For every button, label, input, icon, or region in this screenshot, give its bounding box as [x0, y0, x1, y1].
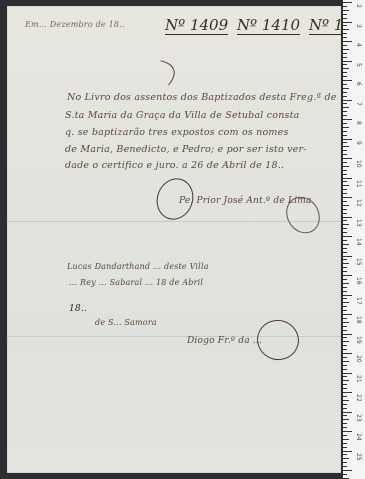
annotation-line: 18..	[69, 304, 87, 314]
ruler-tick	[343, 33, 347, 34]
ruler-tick	[343, 454, 347, 455]
manuscript-page: Em... Dezembro de 18.. Nº 1409 Nº 1410 N…	[7, 6, 341, 473]
ruler-label: 20	[355, 355, 362, 363]
ruler-label: 16	[355, 277, 362, 285]
ruler-tick	[343, 150, 347, 151]
ruler-tick	[343, 158, 352, 159]
ruler-tick	[343, 68, 349, 69]
ruler-tick	[343, 423, 347, 424]
reference-numbers: Nº 1409 Nº 1410 Nº 1411	[165, 16, 365, 34]
ruler-tick	[343, 341, 349, 342]
ruler-label: 8	[355, 121, 362, 125]
ruler-tick	[343, 2, 352, 3]
ruler-label: 14	[355, 238, 362, 246]
ruler-tick	[343, 197, 352, 198]
reference-number: Nº 1410	[237, 16, 300, 35]
annotation-line: ... Rey ... Sabaral ... 18 de Abril	[69, 278, 203, 287]
ruler-tick	[343, 240, 347, 241]
ruler-tick	[343, 357, 347, 358]
ruler-tick	[343, 72, 347, 73]
ruler-label: 24	[355, 433, 362, 441]
ruler-tick	[343, 162, 347, 163]
ruler-tick	[343, 220, 347, 221]
ruler-tick	[343, 408, 347, 409]
ruler-tick	[343, 22, 352, 23]
ruler-label: 6	[355, 82, 362, 86]
ruler-label: 21	[355, 375, 362, 383]
ruler-tick	[343, 189, 347, 190]
ruler-tick	[343, 412, 352, 413]
ruler-tick	[343, 178, 352, 179]
ruler-tick	[343, 427, 347, 428]
signature-flourish	[253, 315, 304, 365]
ruler-tick	[343, 139, 352, 140]
ruler-tick	[343, 384, 347, 385]
ruler-tick	[343, 115, 347, 116]
ruler-tick	[343, 376, 347, 377]
ruler-tick	[343, 474, 347, 475]
body-line: de Maria, Benedicto, e Pedro; e por ser …	[65, 144, 307, 155]
ruler-tick	[343, 232, 347, 233]
ruler-tick	[343, 439, 349, 440]
ruler-tick	[343, 314, 352, 315]
ruler-tick	[343, 84, 347, 85]
ruler-tick	[343, 174, 347, 175]
ruler-tick	[343, 209, 347, 210]
ruler-label: 13	[355, 219, 362, 227]
ruler-tick	[343, 298, 347, 299]
ruler-tick	[343, 447, 347, 448]
ruler-tick	[343, 6, 347, 7]
ruler-label: 19	[355, 336, 362, 344]
ruler-tick	[343, 107, 349, 108]
ruler-tick	[343, 205, 349, 206]
ruler-tick	[343, 470, 352, 471]
ruler-tick	[343, 431, 352, 432]
annotation-line: de S... Samora	[95, 318, 157, 327]
ruler-tick	[343, 61, 352, 62]
ruler-tick	[343, 131, 347, 132]
ruler-tick	[343, 37, 347, 38]
ruler-tick	[343, 119, 352, 120]
ruler-tick	[343, 419, 349, 420]
ruler-tick	[343, 181, 347, 182]
ruler-tick	[343, 361, 349, 362]
body-line: No Livro dos assentos dos Baptizados des…	[67, 92, 337, 103]
ruler-tick	[343, 76, 347, 77]
ruler-tick	[343, 201, 347, 202]
ruler-tick	[343, 244, 349, 245]
body-line: q. se baptizarão tres expostos com os no…	[65, 127, 289, 138]
reference-number: Nº 1409	[165, 16, 228, 35]
ruler-label: 11	[355, 180, 362, 188]
ruler-tick	[343, 404, 347, 405]
ruler-tick	[343, 458, 349, 459]
ruler-tick	[343, 146, 349, 147]
ruler-tick	[343, 45, 347, 46]
ruler-tick	[343, 388, 347, 389]
ruler-tick	[343, 337, 347, 338]
ruler-tick	[343, 451, 352, 452]
ruler-tick	[343, 49, 349, 50]
ruler-tick	[343, 166, 349, 167]
ruler-tick	[343, 373, 352, 374]
ruler-tick	[343, 322, 349, 323]
ruler-tick	[343, 88, 349, 89]
ruler-tick	[343, 100, 352, 101]
ruler-label: 7	[355, 102, 362, 106]
ruler-tick	[343, 41, 352, 42]
ruler-tick	[343, 283, 349, 284]
ruler-tick	[343, 396, 347, 397]
ruler-tick	[343, 462, 347, 463]
ruler-tick	[343, 256, 352, 257]
ruler-tick	[343, 228, 347, 229]
ruler-tick	[343, 193, 347, 194]
signature: Diogo Fr.º da ...	[187, 336, 262, 346]
ruler-tick	[343, 29, 349, 30]
ruler-tick	[343, 365, 347, 366]
ruler-tick	[343, 345, 347, 346]
body-line: S.ta Maria da Graça da Villa de Setubal …	[65, 110, 299, 121]
ruler-tick	[343, 236, 352, 237]
ruler-tick	[343, 10, 349, 11]
ruler-tick	[343, 111, 347, 112]
annotation-line: Lucas Dandarthand ... deste Villa	[67, 262, 209, 271]
ruler-tick	[343, 217, 352, 218]
ruler-tick	[343, 271, 347, 272]
ruler-tick	[343, 103, 347, 104]
ruler-tick	[343, 353, 352, 354]
ruler-tick	[343, 92, 347, 93]
ruler-label: 5	[355, 63, 362, 67]
ruler-tick	[343, 302, 349, 303]
ruler-tick	[343, 291, 347, 292]
ruler-tick	[343, 25, 347, 26]
ruler-tick	[343, 318, 347, 319]
ruler-label: 4	[355, 43, 362, 47]
ruler-tick	[343, 18, 347, 19]
ruler-tick	[343, 248, 347, 249]
ruler-tick	[343, 154, 347, 155]
ruler-tick	[343, 466, 347, 467]
ruler-tick	[343, 310, 347, 311]
ruler-tick	[343, 435, 347, 436]
ruler-tick	[343, 380, 349, 381]
ruler-tick	[343, 123, 347, 124]
ruler-tick	[343, 135, 347, 136]
body-line: dade o certifico e juro. a 26 de Abril d…	[65, 160, 284, 171]
ruler-tick	[343, 224, 349, 225]
header-date-note: Em... Dezembro de 18..	[25, 20, 125, 29]
ruler-tick	[343, 127, 349, 128]
ruler-label: 18	[355, 316, 362, 324]
ruler-tick	[343, 252, 347, 253]
ruler-tick	[343, 185, 349, 186]
ruler-tick	[343, 213, 347, 214]
ruler-tick	[343, 295, 352, 296]
ruler-tick	[343, 369, 347, 370]
ruler-tick	[343, 57, 347, 58]
ruler-tick	[343, 170, 347, 171]
ruler-label: 17	[355, 297, 362, 305]
ruler-tick	[343, 287, 347, 288]
ruler-tick	[343, 326, 347, 327]
ruler-label: 25	[355, 453, 362, 461]
ruler-tick	[343, 263, 349, 264]
ruler-tick	[343, 275, 352, 276]
ruler-tick	[343, 267, 347, 268]
ruler-tick	[343, 400, 349, 401]
ruler-label: 22	[355, 394, 362, 402]
ruler-label: 2	[355, 4, 362, 8]
ruler-label: 10	[355, 160, 362, 168]
ruler-label: 15	[355, 258, 362, 266]
ruler-tick	[343, 334, 352, 335]
ruler-label: 12	[355, 199, 362, 207]
ruler-tick	[343, 392, 352, 393]
ruler-tick	[343, 53, 347, 54]
ruler-tick	[343, 259, 347, 260]
ruler-tick	[343, 330, 347, 331]
ruler-label: 9	[355, 141, 362, 145]
ruler-tick	[343, 80, 352, 81]
ruler-tick	[343, 14, 347, 15]
ruler-tick	[343, 142, 347, 143]
ruler-tick	[343, 279, 347, 280]
ruler-label: 3	[355, 24, 362, 28]
ruler-tick	[343, 349, 347, 350]
measurement-ruler: 2345678910111213141516171819202122232425	[343, 0, 365, 479]
ruler-tick	[343, 306, 347, 307]
ruler-tick	[343, 443, 347, 444]
ruler-tick	[343, 415, 347, 416]
ruler-tick	[343, 96, 347, 97]
ruler-label: 23	[355, 414, 362, 422]
ruler-tick	[343, 64, 347, 65]
